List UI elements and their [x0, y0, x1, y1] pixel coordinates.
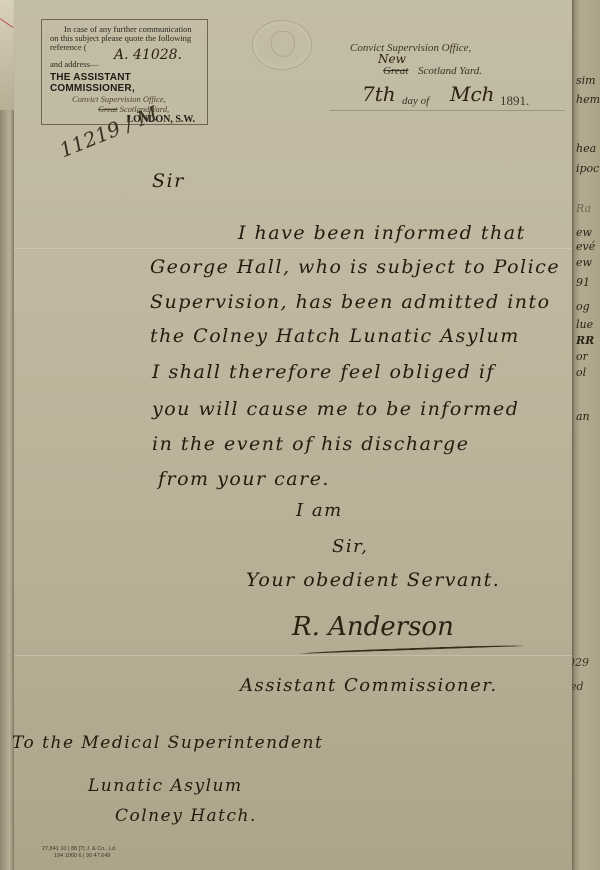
salutation: Sir	[152, 170, 185, 192]
recipient-line: Colney Hatch.	[115, 806, 257, 826]
margin-fragment: or	[576, 350, 588, 363]
reference-box: In case of any further communication on …	[41, 19, 208, 125]
margin-fragment: hea	[576, 142, 596, 155]
ref-yard-struck: Great	[98, 104, 118, 114]
ref-addressee-title: THE ASSISTANT COMMISSIONER,	[50, 72, 201, 94]
date-month: Mch	[450, 82, 495, 106]
margin-fragment: RR	[576, 334, 594, 347]
body-line: in the event of his discharge	[152, 433, 469, 455]
margin-fragment: Ra	[576, 202, 591, 215]
printer-mark: 27,841 10 | 88 [?] J. & Co., Ld. 194 100…	[42, 846, 117, 860]
printer-mark-line: 27,841 10 | 88 [?] J. & Co., Ld.	[42, 846, 117, 853]
seal-crest	[271, 31, 295, 57]
margin-fragment: lue	[576, 318, 593, 331]
body-line: I have been informed that	[238, 222, 526, 244]
margin-fragment: ed	[570, 680, 584, 693]
margin-fragment: an	[576, 410, 590, 423]
recipient-line: Lunatic Asylum	[88, 776, 243, 796]
letterhead-yard-inserted: New	[378, 52, 406, 66]
date-day: 7th	[362, 82, 396, 106]
margin-fragment: ol	[576, 366, 586, 379]
margin-fragment: 91	[576, 276, 590, 289]
margin-fragment: hem	[576, 93, 600, 106]
closing-line: Sir,	[332, 536, 368, 557]
margin-fragment: ipoc	[576, 162, 599, 175]
body-line: I shall therefore feel obliged if	[152, 361, 495, 383]
signatory-title: Assistant Commissioner.	[240, 675, 498, 696]
body-line: Supervision, has been admitted into	[150, 291, 551, 313]
margin-fragment: ew	[576, 256, 592, 269]
reference-number: A. 41028.	[114, 47, 182, 63]
paper-fold	[14, 248, 572, 250]
margin-fragment: sim	[576, 74, 596, 87]
margin-fragment: ew	[576, 226, 592, 239]
closing-line: Your obedient Servant.	[246, 569, 500, 591]
ref-office: Convict Supervision Office,	[50, 94, 201, 104]
letterhead-office: Convict Supervision Office,	[350, 42, 471, 54]
date-day-label: day of	[402, 95, 429, 107]
body-line: the Colney Hatch Lunatic Asylum	[150, 325, 520, 347]
letterhead-yard-struck: Great	[383, 65, 408, 77]
closing-line: I am	[296, 500, 343, 521]
signature: R. Anderson	[292, 612, 454, 642]
body-line: from your care.	[158, 468, 330, 490]
letterhead-yard: Scotland Yard.	[418, 65, 482, 77]
underlying-page-right: sim hem hea ipoc Ra ew evé ew 91 og lue …	[572, 0, 600, 870]
margin-fragment: og	[576, 300, 590, 313]
recipient-line: To the Medical Superintendent	[12, 733, 323, 753]
printer-mark-line: 194 1000 6 | 90 47.649	[42, 853, 117, 860]
margin-fragment: evé	[576, 240, 595, 253]
date-year: 1891.	[500, 93, 529, 109]
body-line: George Hall, who is subject to Police	[150, 256, 560, 278]
embossed-seal-icon	[252, 20, 312, 70]
body-line: you will cause me to be informed	[152, 398, 519, 420]
paper-fold	[14, 655, 572, 657]
